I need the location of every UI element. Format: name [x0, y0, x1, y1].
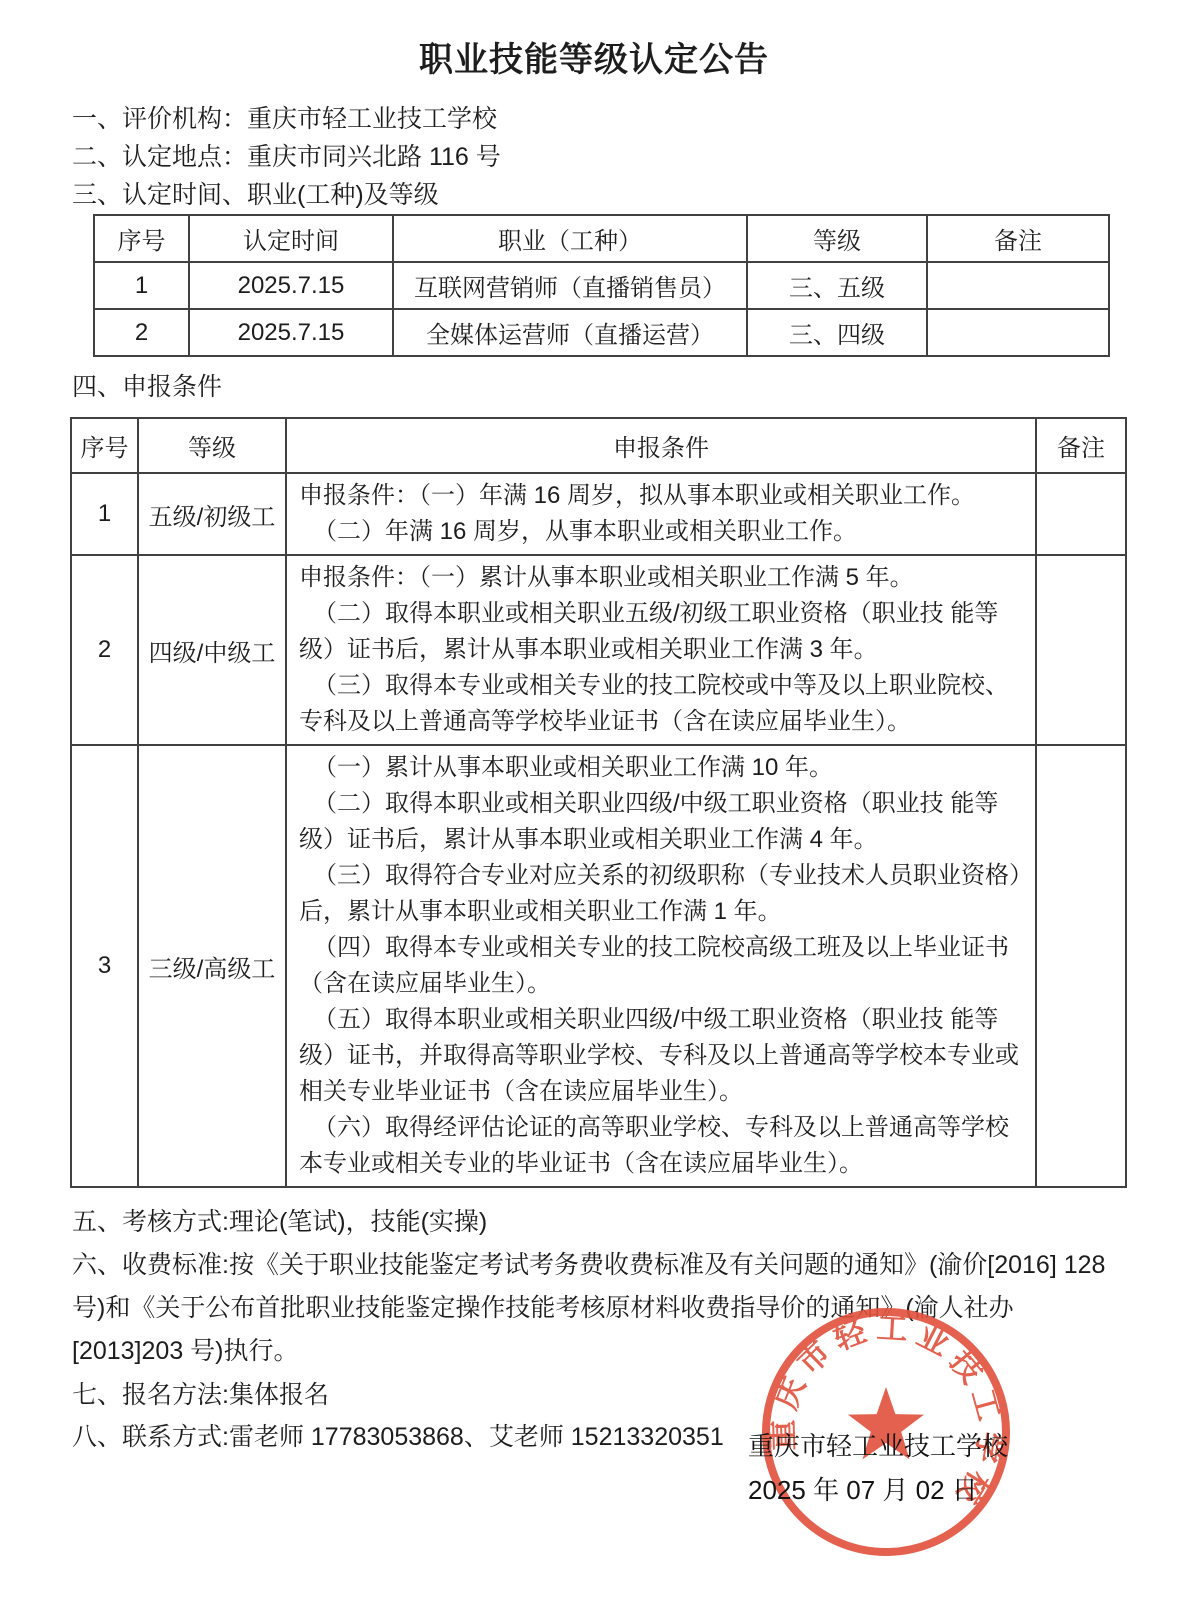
level-cell: 三、五级	[747, 262, 927, 309]
occupation-cell: 互联网营销师（直播销售员）	[393, 262, 747, 309]
announcement-document: 职业技能等级认定公告 一、评价机构：重庆市轻工业技工学校 二、认定地点：重庆市同…	[0, 0, 1188, 1600]
col-header-occupation: 职业（工种）	[393, 215, 747, 262]
level-cell: 四级/中级工	[138, 555, 286, 745]
condition-paragraph: （二）取得本职业或相关职业五级/初级工职业资格（职业技 能等级）证书后，累计从事…	[299, 596, 1023, 668]
condition-paragraph: （一）累计从事本职业或相关职业工作满 10 年。	[299, 750, 1023, 786]
level-cell: 三级/高级工	[138, 745, 286, 1187]
table-row: 1 2025.7.15 互联网营销师（直播销售员） 三、五级	[94, 262, 1109, 309]
note-cell	[927, 262, 1109, 309]
table-row: 2 2025.7.15 全媒体运营师（直播运营） 三、四级	[94, 309, 1109, 356]
condition-paragraph: 申报条件：（一）累计从事本职业或相关职业工作满 5 年。	[299, 560, 1023, 596]
conditions-cell: （一）累计从事本职业或相关职业工作满 10 年。 （二）取得本职业或相关职业四级…	[286, 745, 1036, 1187]
signature-block: 重庆市轻工业技工学校 2025 年 07 月 02 日	[748, 1424, 1008, 1512]
condition-paragraph: （三）取得符合专业对应关系的初级职称（专业技术人员职业资格）后，累计从事本职业或…	[299, 858, 1023, 930]
col-header-conditions: 申报条件	[286, 418, 1036, 473]
no-cell: 2	[94, 309, 189, 356]
condition-paragraph: （三）取得本专业或相关专业的技工院校或中等及以上职业院校、专科及以上普通高等学校…	[299, 668, 1023, 740]
condition-paragraph: （六）取得经评估论证的高等职业学校、专科及以上普通高等学校本专业或相关专业的毕业…	[299, 1110, 1023, 1182]
note-cell	[1036, 555, 1126, 745]
no-cell: 1	[94, 262, 189, 309]
page-title: 职业技能等级认定公告	[0, 40, 1188, 80]
col-header-level: 等级	[747, 215, 927, 262]
condition-paragraph: 申报条件：（一）年满 16 周岁，拟从事本职业或相关职业工作。	[299, 478, 1023, 514]
date-cell: 2025.7.15	[189, 262, 393, 309]
signature-org: 重庆市轻工业技工学校	[748, 1424, 1008, 1468]
note-assessment-method: 五、考核方式:理论(笔试)，技能(实操)	[72, 1202, 1120, 1242]
conditions-cell: 申报条件：（一）累计从事本职业或相关职业工作满 5 年。 （二）取得本职业或相关…	[286, 555, 1036, 745]
date-cell: 2025.7.15	[189, 309, 393, 356]
intro-line-schedule-heading: 三、认定时间、职业(工种)及等级	[72, 176, 1120, 214]
condition-paragraph: （五）取得本职业或相关职业四级/中级工职业资格（职业技 能等级）证书，并取得高等…	[299, 1002, 1023, 1110]
col-header-no: 序号	[94, 215, 189, 262]
condition-paragraph: （二）年满 16 周岁，从事本职业或相关职业工作。	[299, 514, 1023, 550]
schedule-header-row: 序号 认定时间 职业（工种） 等级 备注	[94, 215, 1109, 262]
conditions-cell: 申报条件：（一）年满 16 周岁，拟从事本职业或相关职业工作。 （二）年满 16…	[286, 473, 1036, 555]
conditions-table: 序号 等级 申报条件 备注 1 五级/初级工 申报条件：（一）年满 16 周岁，…	[70, 417, 1127, 1188]
no-cell: 2	[71, 555, 138, 745]
no-cell: 1	[71, 473, 138, 555]
no-cell: 3	[71, 745, 138, 1187]
table-row: 2 四级/中级工 申报条件：（一）累计从事本职业或相关职业工作满 5 年。 （二…	[71, 555, 1126, 745]
table-row: 1 五级/初级工 申报条件：（一）年满 16 周岁，拟从事本职业或相关职业工作。…	[71, 473, 1126, 555]
table-row: 3 三级/高级工 （一）累计从事本职业或相关职业工作满 10 年。 （二）取得本…	[71, 745, 1126, 1187]
col-header-no: 序号	[71, 418, 138, 473]
level-cell: 五级/初级工	[138, 473, 286, 555]
col-header-level: 等级	[138, 418, 286, 473]
note-cell	[1036, 745, 1126, 1187]
col-header-note: 备注	[927, 215, 1109, 262]
conditions-header-row: 序号 等级 申报条件 备注	[71, 418, 1126, 473]
condition-paragraph: （四）取得本专业或相关专业的技工院校高级工班及以上毕业证书（含在读应届毕业生）。	[299, 930, 1023, 1002]
note-cell	[927, 309, 1109, 356]
intro-line-location: 二、认定地点：重庆市同兴北路 116 号	[72, 138, 1120, 176]
section4-heading: 四、申报条件	[72, 373, 1120, 401]
occupation-cell: 全媒体运营师（直播运营）	[393, 309, 747, 356]
col-header-note: 备注	[1036, 418, 1126, 473]
condition-paragraph: （二）取得本职业或相关职业四级/中级工职业资格（职业技 能等级）证书后，累计从事…	[299, 786, 1023, 858]
level-cell: 三、四级	[747, 309, 927, 356]
intro-section: 一、评价机构：重庆市轻工业技工学校 二、认定地点：重庆市同兴北路 116 号 三…	[72, 100, 1120, 214]
schedule-table: 序号 认定时间 职业（工种） 等级 备注 1 2025.7.15 互联网营销师（…	[93, 214, 1110, 357]
signature-date: 2025 年 07 月 02 日	[748, 1468, 1008, 1512]
intro-line-evaluator: 一、评价机构：重庆市轻工业技工学校	[72, 100, 1120, 138]
col-header-date: 认定时间	[189, 215, 393, 262]
note-cell	[1036, 473, 1126, 555]
